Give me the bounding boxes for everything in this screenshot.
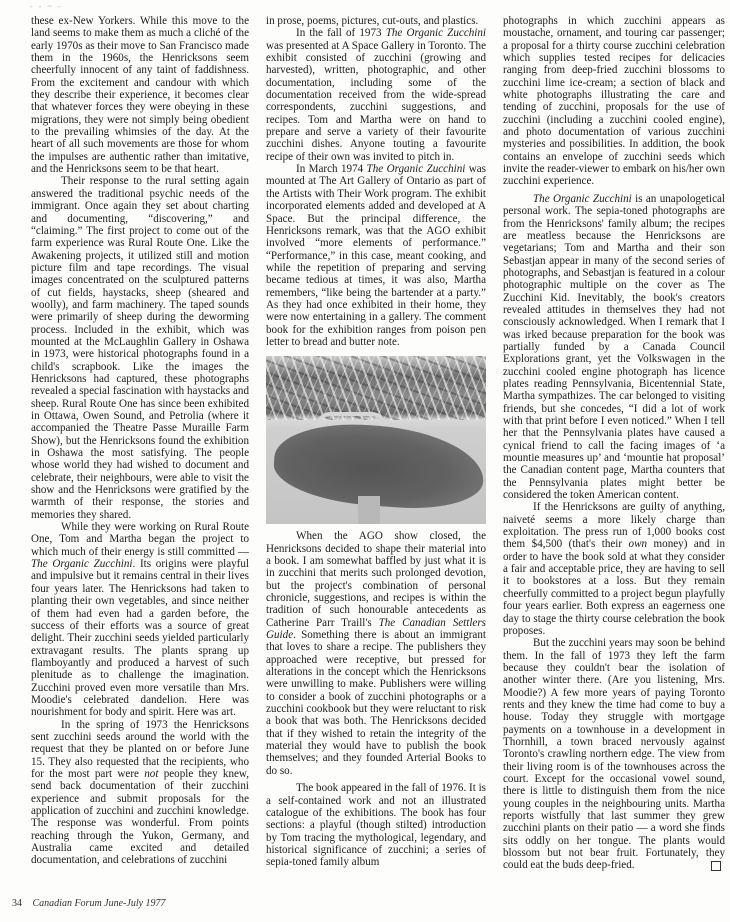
paragraph: But the zucchini years may soon be behin… <box>503 637 725 872</box>
book-title: The Organic Zucchini <box>31 558 132 570</box>
book-title: The Organic Zucchini <box>367 163 466 175</box>
emphasis: own <box>629 538 648 550</box>
paragraph: The book appeared in the fall of 1976. I… <box>266 782 486 868</box>
print-smudge: - - ~ - <box>30 2 100 10</box>
paragraph: in prose, poems, pictures, cut-outs, and… <box>266 15 486 27</box>
zucchini-stand <box>358 496 380 524</box>
paragraph: these ex-New Yorkers. While this move to… <box>31 15 249 175</box>
page-footer: 34 Canadian Forum June-July 1977 <box>12 898 166 909</box>
paragraph: In the spring of 1973 the Henricksons se… <box>31 719 249 867</box>
paragraph: The Organic Zucchini is an unapologetica… <box>503 193 725 502</box>
end-of-article-box-icon <box>711 861 721 871</box>
paragraph: Their response to the rural setting agai… <box>31 175 249 521</box>
paragraph: photographs in which zucchini appears as… <box>503 15 725 188</box>
book-title: The Organic Zucchini <box>386 27 486 39</box>
article-column-2: in prose, poems, pictures, cut-outs, and… <box>266 15 486 869</box>
emphasis: not <box>144 768 158 780</box>
grass-background <box>266 356 486 420</box>
article-column-1: these ex-New Yorkers. While this move to… <box>31 15 249 867</box>
article-column-3: photographs in which zucchini appears as… <box>503 15 725 872</box>
page-number: 34 <box>12 898 22 909</box>
paragraph: While they were working on Rural Route O… <box>31 521 249 719</box>
zucchini-sculpture-photo <box>266 356 486 524</box>
publication-name: Canadian Forum June-July 1977 <box>33 898 166 909</box>
paragraph: When the AGO show closed, the Henrickson… <box>266 530 486 777</box>
paragraph: In March 1974 The Organic Zucchini was m… <box>266 163 486 348</box>
book-title: The Organic Zucchini <box>533 193 632 205</box>
paragraph: If the Henricksons are guilty of anythin… <box>503 501 725 637</box>
paragraph: In the fall of 1973 The Organic Zucchini… <box>266 27 486 163</box>
